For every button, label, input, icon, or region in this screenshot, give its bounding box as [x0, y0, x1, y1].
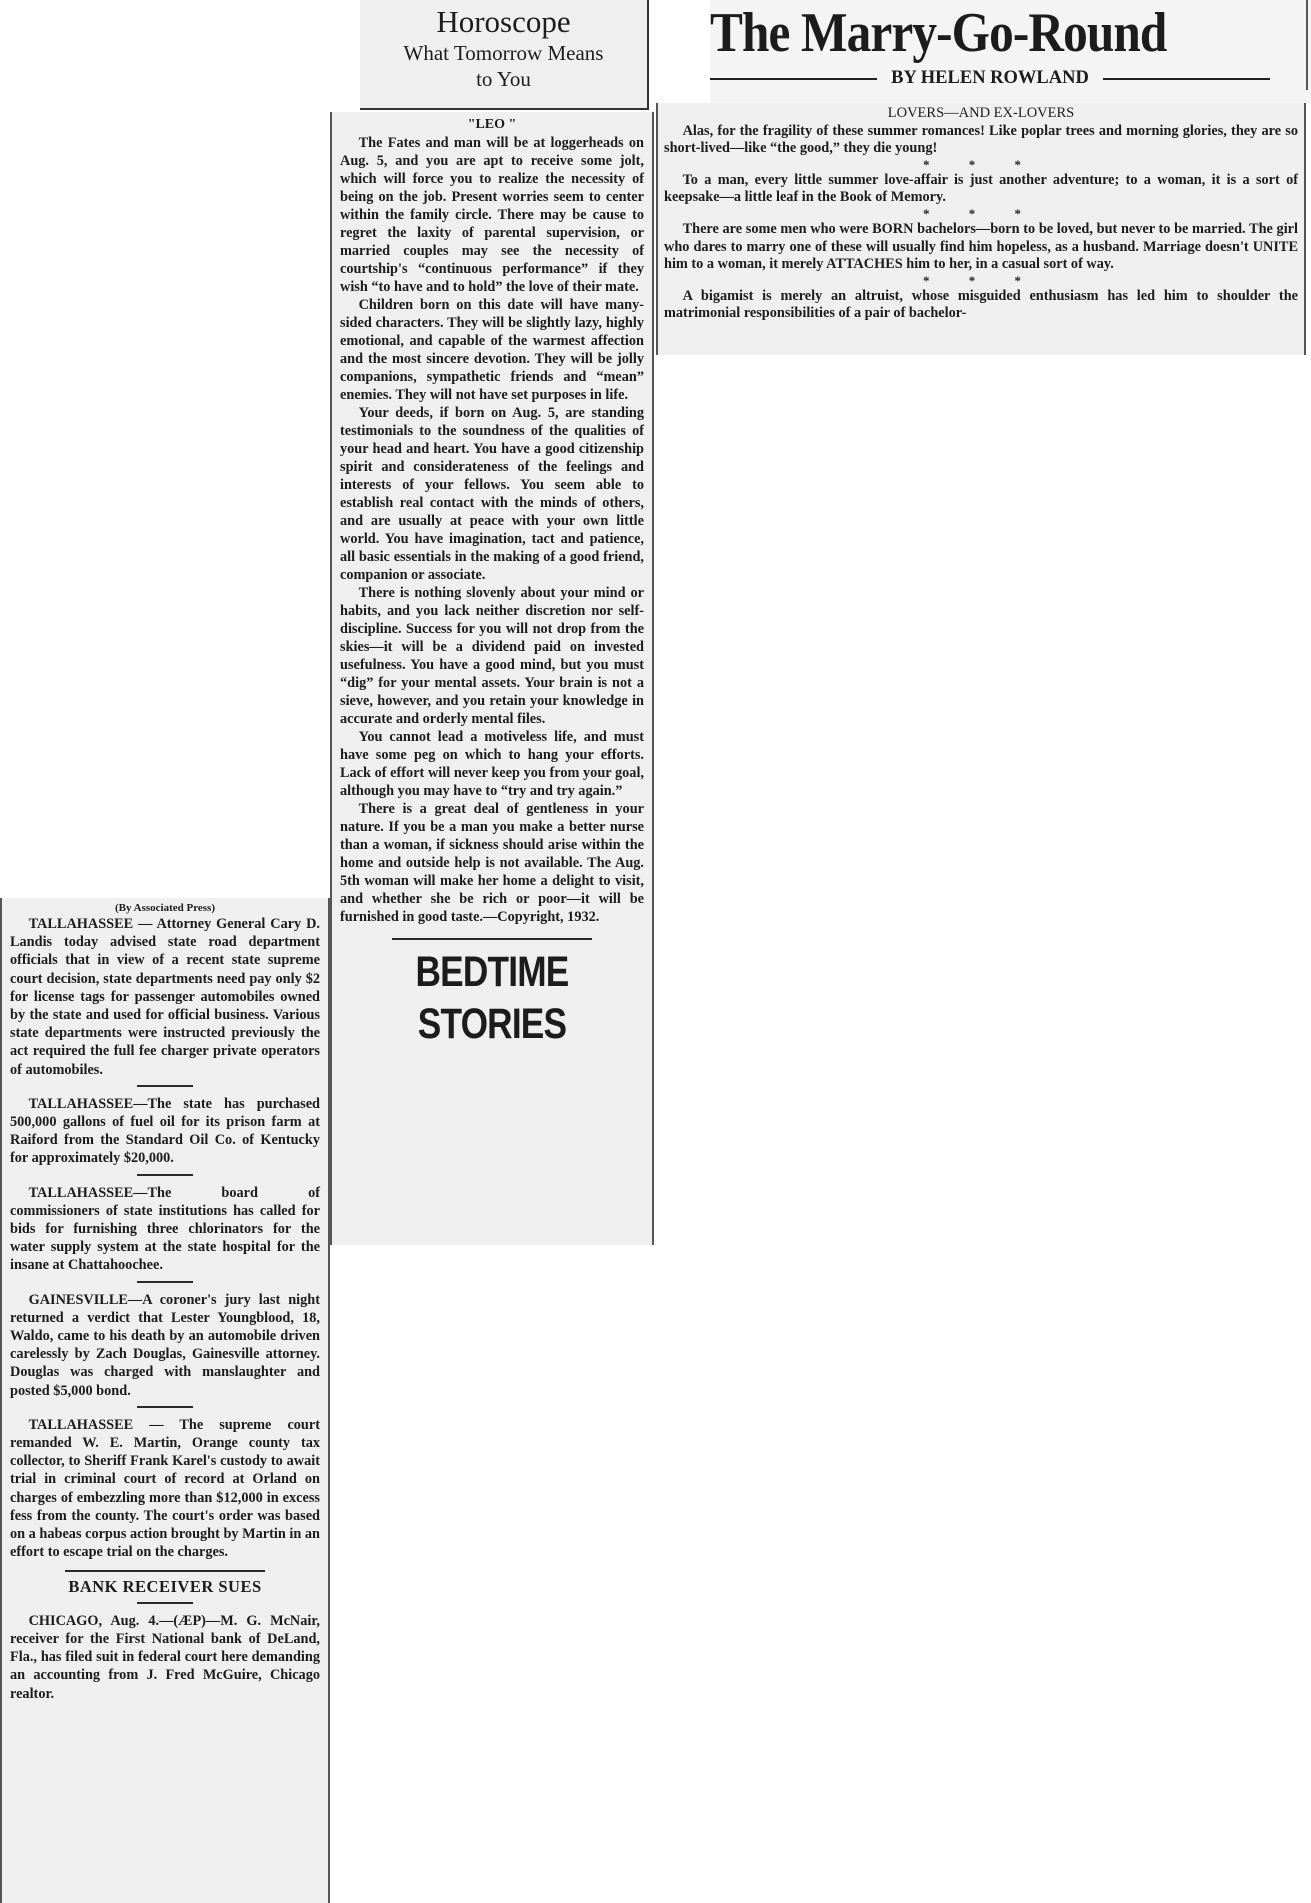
byline-rule-right	[1103, 78, 1270, 80]
byline: BY HELEN ROWLAND	[710, 68, 1270, 89]
subheading: LOVERS—AND EX-LOVERS	[664, 105, 1298, 123]
news-brief: TALLAHASSEE — Attorney General Cary D. L…	[10, 915, 320, 1079]
column-paragraph: Alas, for the fragility of these summer …	[664, 123, 1298, 158]
story-headline: BANK RECEIVER SUES	[10, 1578, 320, 1596]
separator-stars: * * *	[664, 207, 1298, 221]
column-border	[1306, 0, 1308, 90]
news-brief: TALLAHASSEE—The board of commissioners o…	[10, 1184, 320, 1275]
horoscope-title: Horoscope	[360, 4, 647, 40]
wire-credit: (By Associated Press)	[10, 902, 320, 915]
divider	[137, 1174, 193, 1176]
divider	[137, 1281, 193, 1283]
zodiac-sign-heading: "LEO "	[340, 116, 644, 134]
column-paragraph: A bigamist is merely an altruist, whose …	[664, 288, 1298, 323]
byline-rule-left	[710, 78, 877, 80]
news-briefs-column: (By Associated Press) TALLAHASSEE — Atto…	[0, 898, 330, 1903]
horoscope-subtitle-2: to You	[360, 66, 647, 92]
horoscope-paragraph: Your deeds, if born on Aug. 5, are stand…	[340, 404, 644, 584]
column-paragraph: There are some men who were BORN bachelo…	[664, 221, 1298, 274]
horoscope-header: Horoscope What Tomorrow Means to You	[360, 0, 649, 110]
horoscope-column: "LEO " The Fates and man will be at logg…	[330, 112, 654, 1245]
news-brief: TALLAHASSEE — The supreme court remanded…	[10, 1416, 320, 1562]
horoscope-paragraph: Children born on this date will have man…	[340, 296, 644, 404]
horoscope-paragraph: There is a great deal of gentleness in y…	[340, 800, 644, 926]
story-body: CHICAGO, Aug. 4.—(ÆP)—M. G. McNair, rece…	[10, 1612, 320, 1703]
column-paragraph: To a man, every little summer love-affai…	[664, 172, 1298, 207]
divider	[137, 1406, 193, 1408]
marry-go-round-header: The Marry-Go-Round BY HELEN ROWLAND	[710, 0, 1311, 103]
news-brief: GAINESVILLE—A coroner's jury last night …	[10, 1291, 320, 1400]
divider	[137, 1602, 193, 1604]
divider	[65, 1570, 265, 1572]
divider	[137, 1085, 193, 1087]
horoscope-paragraph: There is nothing slovenly about your min…	[340, 584, 644, 728]
marry-go-round-body: LOVERS—AND EX-LOVERS Alas, for the fragi…	[656, 103, 1306, 355]
news-brief: TALLAHASSEE—The state has purchased 500,…	[10, 1095, 320, 1168]
column-title: The Marry-Go-Round	[710, 0, 1239, 66]
horoscope-paragraph: You cannot lead a motiveless life, and m…	[340, 728, 644, 800]
horoscope-paragraph: The Fates and man will be at loggerheads…	[340, 134, 644, 296]
separator-stars: * * *	[664, 274, 1298, 288]
separator-stars: * * *	[664, 158, 1298, 172]
horoscope-subtitle-1: What Tomorrow Means	[360, 40, 647, 66]
byline-text: BY HELEN ROWLAND	[891, 68, 1089, 89]
divider	[392, 938, 592, 940]
bedtime-stories-heading: BEDTIME STORIES	[367, 946, 616, 1050]
